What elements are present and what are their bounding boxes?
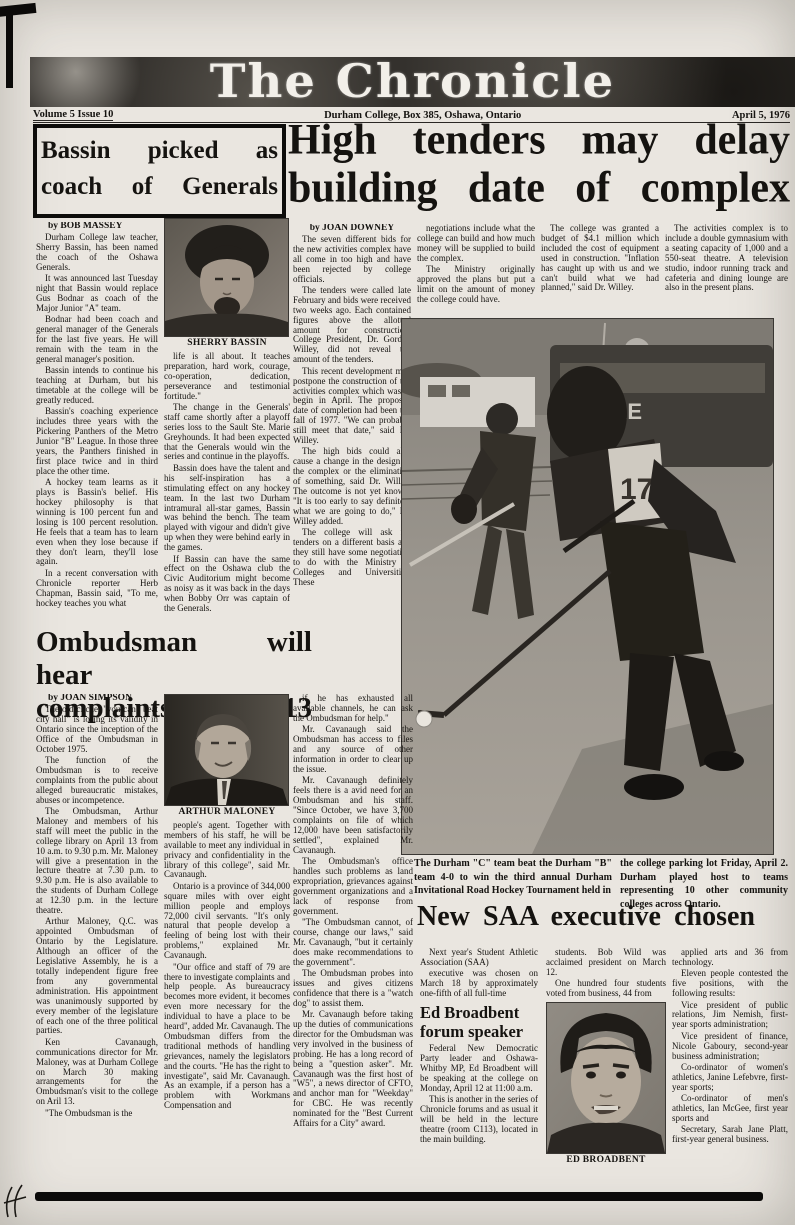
saa-article-col3: applied arts and 36 from technology.Elev… — [672, 948, 788, 1214]
hockey-caption-left: The Durham "C" team beat the Durham "B" … — [414, 857, 612, 898]
paragraph: The old cliche, "you can't beat city hal… — [36, 705, 158, 755]
saa-col1-text: Next year's Student Athletic Association… — [420, 948, 538, 999]
saa-col2-text: students. Bob Wild was acclaimed preside… — [546, 948, 666, 999]
bassin-headline-line1: Bassin picked as — [41, 133, 278, 169]
paragraph: In a recent conversation with Chronicle … — [36, 569, 158, 609]
scan-artifact-line — [6, 14, 13, 88]
paragraph: This is another in the series of Chronic… — [420, 1095, 538, 1145]
paragraph: The Ombudsman probes into issues and giv… — [293, 969, 413, 1009]
paragraph: negotiations include what the college ca… — [417, 224, 535, 264]
volume-issue: Volume 5 Issue 10 — [33, 109, 113, 121]
paragraph: if he has exhausted all available channe… — [293, 694, 413, 724]
paragraph: The college was granted a budget of $4.1… — [541, 224, 659, 293]
paragraph: This recent development may postpone the… — [293, 367, 411, 446]
sherry-bassin-caption: SHERRY BASSIN — [164, 339, 290, 349]
tenders-headline: High tenders may delay building date of … — [288, 116, 790, 212]
paragraph: Bodnar had been coach and general manage… — [36, 315, 158, 365]
bassin-article-col1: by BOB MASSEY Durham College law teacher… — [36, 222, 158, 628]
paragraph: Federal New Democratic Party leader and … — [420, 1044, 538, 1094]
paragraph: Mr. Cavanaugh definitely feels there is … — [293, 776, 413, 855]
paragraph: Bassin intends to continue his teaching … — [36, 366, 158, 406]
paragraph: life is all about. It teaches preparatio… — [164, 352, 290, 402]
paragraph: Durham College law teacher, Sherry Bassi… — [36, 233, 158, 273]
newspaper-title: The Chronicle — [210, 55, 615, 108]
paragraph: "Our office and staff of 79 are there to… — [164, 963, 290, 1112]
paragraph: Vice president of public relations, Jim … — [672, 1001, 788, 1031]
paragraph: Co-ordinator of women's athletics, Janin… — [672, 1063, 788, 1093]
paragraph: A hockey team learns as it plays is Bass… — [36, 478, 158, 567]
paragraph: It was announced last Tuesday night that… — [36, 274, 158, 314]
ombudsman-headline-line1: Ombudsman will hear — [36, 626, 312, 692]
paragraph: Eleven people contested the five positio… — [672, 969, 788, 999]
saa-headline: New SAA executive chosen — [417, 901, 755, 933]
arthur-maloney-caption: ARTHUR MALONEY — [164, 808, 290, 818]
paragraph: The activities complex is to include a d… — [665, 224, 788, 293]
newspaper-page: The Chronicle Volume 5 Issue 10 Durham C… — [0, 0, 795, 1225]
saa-article-col2: students. Bob Wild was acclaimed preside… — [546, 948, 666, 1214]
paragraph: applied arts and 36 from technology. — [672, 948, 788, 968]
paragraph: students. Bob Wild was acclaimed preside… — [546, 948, 666, 978]
paragraph: people's agent. Together with members of… — [164, 821, 290, 880]
tenders-byline: by JOAN DOWNEY — [293, 224, 411, 234]
paragraph: Ontario is a province of 344,000 square … — [164, 882, 290, 961]
sherry-bassin-photo — [164, 218, 289, 337]
tenders-article-col1: by JOAN DOWNEY The seven different bids … — [293, 224, 411, 642]
broadbent-subhead-line2: forum speaker — [420, 1022, 538, 1041]
broadbent-subhead: Ed Broadbent forum speaker — [420, 1003, 538, 1041]
road-hockey-photo: TRE 17 — [401, 318, 774, 855]
paragraph: The Ministry originally approved the pla… — [417, 265, 535, 305]
paragraph: Secretary, Sarah Jane Platt, first-year … — [672, 1125, 788, 1145]
arthur-maloney-photo — [164, 694, 289, 806]
paragraph: executive was chosen on March 18 by appr… — [420, 969, 538, 999]
bassin-col1-text: Durham College law teacher, Sherry Bassi… — [36, 233, 158, 609]
bassin-col2-text: life is all about. It teaches preparatio… — [164, 352, 290, 614]
paragraph: The seven different bids for the new act… — [293, 235, 411, 285]
ombudsman-col2-text: people's agent. Together with members of… — [164, 821, 290, 1111]
paragraph: Ken Cavanaugh, communications director f… — [36, 1038, 158, 1107]
paragraph: Bassin's coaching experience includes th… — [36, 407, 158, 476]
handwritten-mark — [2, 1183, 32, 1219]
tenders-article-col2: negotiations include what the college ca… — [417, 224, 535, 316]
bassin-byline: by BOB MASSEY — [36, 222, 158, 232]
paragraph: The high bids could also cause a change … — [293, 447, 411, 526]
paragraph: Bassin does have the talent and his self… — [164, 464, 290, 553]
saa-article-col1: Next year's Student Athletic Association… — [420, 948, 538, 1214]
paragraph: If Bassin can have the same effect on th… — [164, 555, 290, 614]
ombudsman-article-col3: if he has exhausted all available channe… — [293, 694, 413, 1194]
paragraph: "The Ombudsman cannot, of course, change… — [293, 918, 413, 968]
ed-broadbent-caption: ED BROADBENT — [546, 1156, 666, 1166]
paragraph: One hundred four students voted from bus… — [546, 979, 666, 999]
paragraph: The Ombudsman's office handles such prob… — [293, 857, 413, 916]
paragraph: Next year's Student Athletic Association… — [420, 948, 538, 968]
ed-broadbent-photo — [546, 1002, 666, 1154]
bassin-headline-line2: coach of Generals — [41, 169, 278, 205]
paragraph: Vice president of finance, Nicole Gabour… — [672, 1032, 788, 1062]
paragraph: The Ombudsman, Arthur Maloney and member… — [36, 807, 158, 916]
broadbent-subhead-line1: Ed Broadbent — [420, 1003, 538, 1022]
bassin-article-col2: SHERRY BASSIN life is all about. It teac… — [164, 218, 290, 628]
ombudsman-col1-text: The old cliche, "you can't beat city hal… — [36, 705, 158, 1119]
paragraph: Mr. Cavanaugh before taking up the dutie… — [293, 1010, 413, 1129]
tenders-headline-line2: building date of complex — [288, 163, 790, 213]
paragraph: The change in the Generals' staff came s… — [164, 403, 290, 462]
bassin-headline-box: Bassin picked as coach of Generals — [33, 124, 286, 218]
paragraph: Arthur Maloney, Q.C. was appointed Ombud… — [36, 917, 158, 1036]
paragraph: Co-ordinator of men's athletics, Ian McG… — [672, 1094, 788, 1124]
paragraph: Mr. Cavanaugh said the Ombudsman has acc… — [293, 725, 413, 775]
masthead-banner: The Chronicle — [30, 57, 795, 107]
paragraph: "The Ombudsman is the — [36, 1109, 158, 1119]
ombudsman-byline: by JOAN SIMPSON — [36, 694, 158, 704]
tenders-headline-line1: High tenders may delay — [288, 115, 790, 165]
paragraph: The tenders were called late February an… — [293, 286, 411, 365]
ombudsman-article-col1: by JOAN SIMPSON The old cliche, "you can… — [36, 694, 158, 1216]
broadbent-body-text: Federal New Democratic Party leader and … — [420, 1044, 538, 1145]
tenders-col1-text: The seven different bids for the new act… — [293, 235, 411, 588]
paragraph: The function of the Ombudsman is to rece… — [36, 756, 158, 806]
scan-artifact-bottom-bar — [35, 1192, 763, 1201]
ombudsman-article-col2: ARTHUR MALONEY people's agent. Together … — [164, 694, 290, 1216]
paragraph: The college will ask for tenders on a di… — [293, 528, 411, 587]
